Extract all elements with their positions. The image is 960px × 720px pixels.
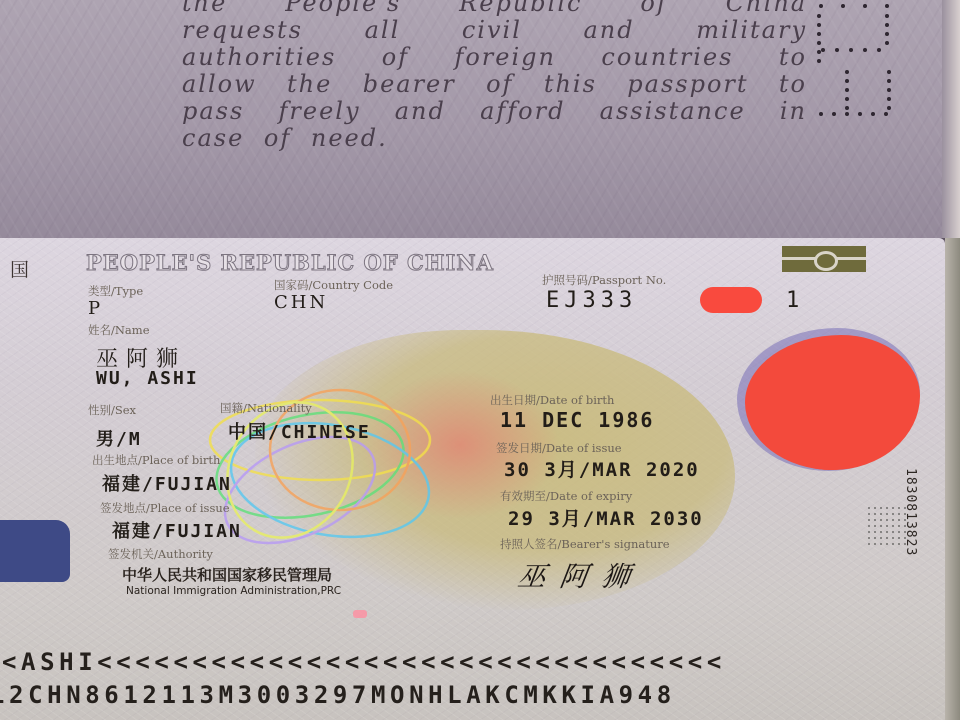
doi-label: 签发日期/Date of issue xyxy=(496,440,622,456)
type-value: P xyxy=(88,298,102,319)
authority-en-value: National Immigration Administration,PRC xyxy=(126,585,341,597)
nationality-value: 中国/CHINESE xyxy=(228,418,371,444)
passport-no-label: 护照号码/Passport No. xyxy=(542,272,666,288)
dob-value: 11 DEC 1986 xyxy=(500,408,654,432)
passport-no-prefix: EJ333 xyxy=(546,288,637,313)
place-of-issue-label: 签发地点/Place of issue xyxy=(100,500,230,516)
doi-value: 30 3月/MAR 2020 xyxy=(504,455,700,482)
photo-redaction xyxy=(776,400,886,470)
country-code-label: 国家码/Country Code xyxy=(274,277,393,293)
authority-label: 签发机关/Authority xyxy=(108,546,213,562)
micro-dot-pattern xyxy=(866,505,908,547)
page-edge xyxy=(942,0,960,238)
bearer-signature: 巫阿狮 xyxy=(515,555,647,595)
perforated-number-icon xyxy=(815,0,900,120)
doe-label: 有效期至/Date of expiry xyxy=(500,488,632,504)
page-edge xyxy=(945,238,960,720)
passport-no-redaction xyxy=(700,287,762,313)
uv-mark-icon xyxy=(353,610,367,618)
nationality-label: 国籍/Nationality xyxy=(220,400,312,416)
page-mark: 国 xyxy=(10,255,29,282)
place-of-birth-label: 出生地点/Place of birth xyxy=(92,452,220,468)
dob-label: 出生日期/Date of birth xyxy=(490,392,614,408)
sex-value: 男/M xyxy=(96,425,142,451)
statement-line: authorities of foreign countries to xyxy=(182,44,807,71)
name-en-value: WU, ASHI xyxy=(96,368,199,389)
place-of-issue-value: 福建/FUJIAN xyxy=(112,517,242,543)
statement-line: the People's Republic of China xyxy=(182,0,807,17)
thumb-shadow xyxy=(0,520,70,582)
authority-cn-value: 中华人民共和国国家移民管理局 xyxy=(122,564,332,585)
passport-no-suffix: 1 xyxy=(786,288,801,313)
statement-line: case of need. xyxy=(182,125,807,152)
country-heading: PEOPLE'S REPUBLIC OF CHINA xyxy=(86,250,494,275)
sex-label: 性别/Sex xyxy=(88,402,136,418)
statement-line: pass freely and afford assistance in xyxy=(182,98,807,125)
request-statement: the People's Republic of China requests … xyxy=(182,0,807,152)
previous-passport-page: the People's Republic of China requests … xyxy=(0,0,960,240)
statement-line: requests all civil and military xyxy=(182,17,807,44)
place-of-birth-value: 福建/FUJIAN xyxy=(102,470,232,496)
statement-line: allow the bearer of this passport to xyxy=(182,71,807,98)
country-code-value: CHN xyxy=(274,292,328,313)
type-label: 类型/Type xyxy=(88,283,143,299)
signature-label: 持照人签名/Bearer's signature xyxy=(500,536,670,552)
chip-emblem-icon xyxy=(782,246,866,272)
mrz-line-2: 12CHN8612113M3003297MONHLAKCMKKIA948 xyxy=(0,681,676,709)
mrz-line-1: <ASHI<<<<<<<<<<<<<<<<<<<<<<<<<<<<<<<<< xyxy=(2,648,726,676)
doe-value: 29 3月/MAR 2030 xyxy=(508,504,704,531)
name-label: 姓名/Name xyxy=(88,322,150,338)
